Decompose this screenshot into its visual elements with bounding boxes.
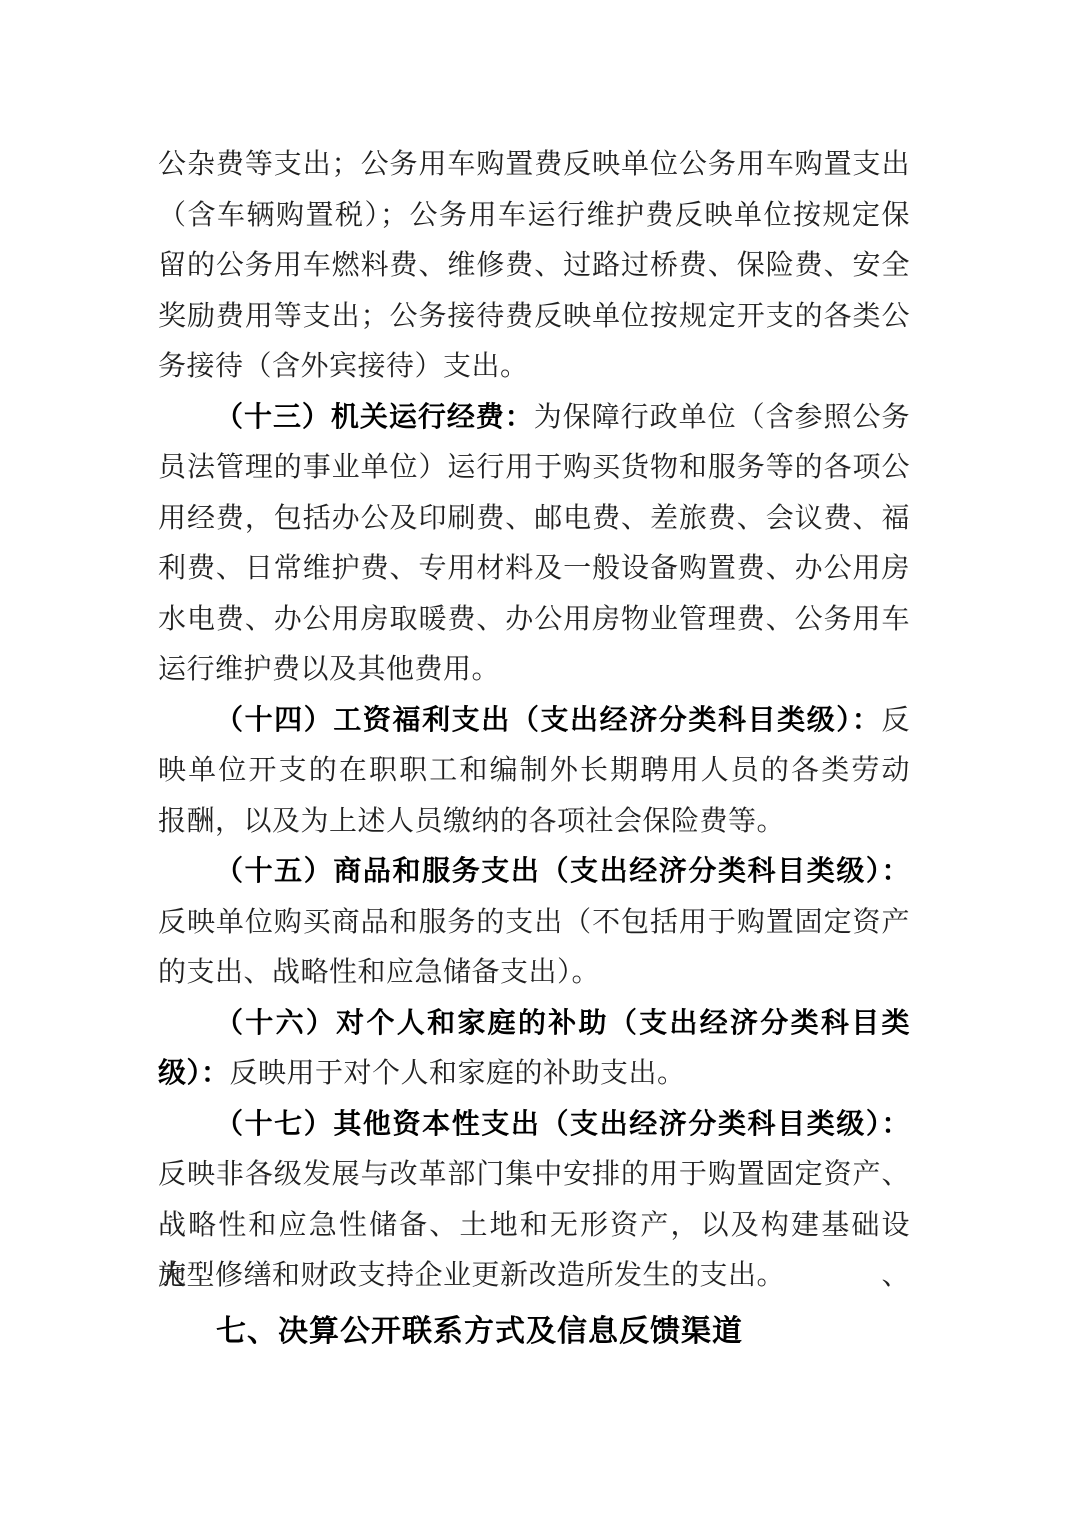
paragraph: （十四）工资福利支出（支出经济分类科目类级）：反映单位开支的在职职工和编制外长期… bbox=[158, 696, 910, 848]
bold-text-segment: （十六）对个人和家庭的补助（支出经济分类科目类 bbox=[215, 1008, 910, 1039]
text-segment: 水电费、办公用房取暖费、办公用房物业管理费、公务用车 bbox=[158, 604, 910, 635]
text-line: 反映单位购买商品和服务的支出（不包括用于购置固定资产 bbox=[158, 898, 910, 949]
text-segment: 留的公务用车燃料费、维修费、过路过桥费、保险费、安全 bbox=[158, 250, 910, 281]
document-page: 公杂费等支出；公务用车购置费反映单位公务用车购置支出（含车辆购置税）；公务用车运… bbox=[0, 0, 1075, 1520]
text-segment: 报酬，以及为上述人员缴纳的各项社会保险费等。 bbox=[158, 806, 785, 837]
text-line: 务接待（含外宾接待）支出。 bbox=[158, 342, 910, 393]
text-segment: 反 bbox=[881, 705, 910, 736]
text-segment: 反映非各级发展与改革部门集中安排的用于购置固定资产、 bbox=[158, 1159, 910, 1190]
bold-text-segment: （十五）商品和服务支出（支出经济分类科目类级）： bbox=[215, 856, 910, 887]
paragraph: 公杂费等支出；公务用车购置费反映单位公务用车购置支出（含车辆购置税）；公务用车运… bbox=[158, 140, 910, 393]
text-segment: 大型修缮和财政支持企业更新改造所发生的支出。 bbox=[158, 1260, 785, 1291]
text-line: 用经费，包括办公及印刷费、邮电费、差旅费、会议费、福 bbox=[158, 494, 910, 545]
bold-text-segment: 级）： bbox=[158, 1058, 230, 1089]
text-line: 员法管理的事业单位）运行用于购买货物和服务等的各项公 bbox=[158, 443, 910, 494]
text-segment: 员法管理的事业单位）运行用于购买货物和服务等的各项公 bbox=[158, 452, 910, 483]
text-line: 留的公务用车燃料费、维修费、过路过桥费、保险费、安全 bbox=[158, 241, 910, 292]
bold-text-segment: （十四）工资福利支出（支出经济分类科目类级）： bbox=[215, 705, 881, 736]
text-line: （十四）工资福利支出（支出经济分类科目类级）：反 bbox=[158, 696, 910, 747]
text-segment: 为保障行政单位（含参照公务 bbox=[534, 402, 910, 433]
text-segment: 的支出、战略性和应急储备支出）。 bbox=[158, 957, 600, 988]
paragraphs-container: 公杂费等支出；公务用车购置费反映单位公务用车购置支出（含车辆购置税）；公务用车运… bbox=[158, 140, 910, 1302]
section-heading: 七、决算公开联系方式及信息反馈渠道 bbox=[158, 1310, 910, 1361]
text-line: 利费、日常维护费、专用材料及一般设备购置费、办公用房 bbox=[158, 544, 910, 595]
text-line: 水电费、办公用房取暖费、办公用房物业管理费、公务用车 bbox=[158, 595, 910, 646]
paragraph: （十六）对个人和家庭的补助（支出经济分类科目类级）：反映用于对个人和家庭的补助支… bbox=[158, 999, 910, 1100]
text-line: 公杂费等支出；公务用车购置费反映单位公务用车购置支出 bbox=[158, 140, 910, 191]
text-line: 反映非各级发展与改革部门集中安排的用于购置固定资产、 bbox=[158, 1150, 910, 1201]
paragraph: （十七）其他资本性支出（支出经济分类科目类级）：反映非各级发展与改革部门集中安排… bbox=[158, 1100, 910, 1302]
text-segment: 务接待（含外宾接待）支出。 bbox=[158, 351, 529, 382]
text-line: 奖励费用等支出；公务接待费反映单位按规定开支的各类公 bbox=[158, 292, 910, 343]
text-segment: 反映单位购买商品和服务的支出（不包括用于购置固定资产 bbox=[158, 907, 910, 938]
text-segment: 利费、日常维护费、专用材料及一般设备购置费、办公用房 bbox=[158, 553, 910, 584]
text-line: 报酬，以及为上述人员缴纳的各项社会保险费等。 bbox=[158, 797, 910, 848]
text-line: （十三）机关运行经费：为保障行政单位（含参照公务 bbox=[158, 393, 910, 444]
bold-text-segment: （十三）机关运行经费： bbox=[215, 402, 534, 433]
text-segment: 公杂费等支出；公务用车购置费反映单位公务用车购置支出 bbox=[158, 149, 910, 180]
text-line: （十五）商品和服务支出（支出经济分类科目类级）： bbox=[158, 847, 910, 898]
paragraph: （十五）商品和服务支出（支出经济分类科目类级）：反映单位购买商品和服务的支出（不… bbox=[158, 847, 910, 999]
text-segment: （含车辆购置税）；公务用车运行维护费反映单位按规定保 bbox=[158, 200, 910, 231]
text-segment: 运行维护费以及其他费用。 bbox=[158, 654, 500, 685]
text-line: （十六）对个人和家庭的补助（支出经济分类科目类 bbox=[158, 999, 910, 1050]
text-segment: 奖励费用等支出；公务接待费反映单位按规定开支的各类公 bbox=[158, 301, 910, 332]
text-line: 映单位开支的在职职工和编制外长期聘用人员的各类劳动 bbox=[158, 746, 910, 797]
text-line: 的支出、战略性和应急储备支出）。 bbox=[158, 948, 910, 999]
text-line: （十七）其他资本性支出（支出经济分类科目类级）： bbox=[158, 1100, 910, 1151]
bold-text-segment: （十七）其他资本性支出（支出经济分类科目类级）： bbox=[215, 1109, 910, 1140]
text-line: 运行维护费以及其他费用。 bbox=[158, 645, 910, 696]
text-segment: 反映用于对个人和家庭的补助支出。 bbox=[230, 1058, 686, 1089]
text-line: （含车辆购置税）；公务用车运行维护费反映单位按规定保 bbox=[158, 191, 910, 242]
text-segment: 映单位开支的在职职工和编制外长期聘用人员的各类劳动 bbox=[158, 755, 910, 786]
text-segment: 用经费，包括办公及印刷费、邮电费、差旅费、会议费、福 bbox=[158, 503, 910, 534]
text-block: 公杂费等支出；公务用车购置费反映单位公务用车购置支出（含车辆购置税）；公务用车运… bbox=[158, 140, 910, 1360]
paragraph: （十三）机关运行经费：为保障行政单位（含参照公务员法管理的事业单位）运行用于购买… bbox=[158, 393, 910, 696]
text-line: 战略性和应急性储备、土地和无形资产，以及构建基础设施、 bbox=[158, 1201, 910, 1252]
text-line: 级）：反映用于对个人和家庭的补助支出。 bbox=[158, 1049, 910, 1100]
